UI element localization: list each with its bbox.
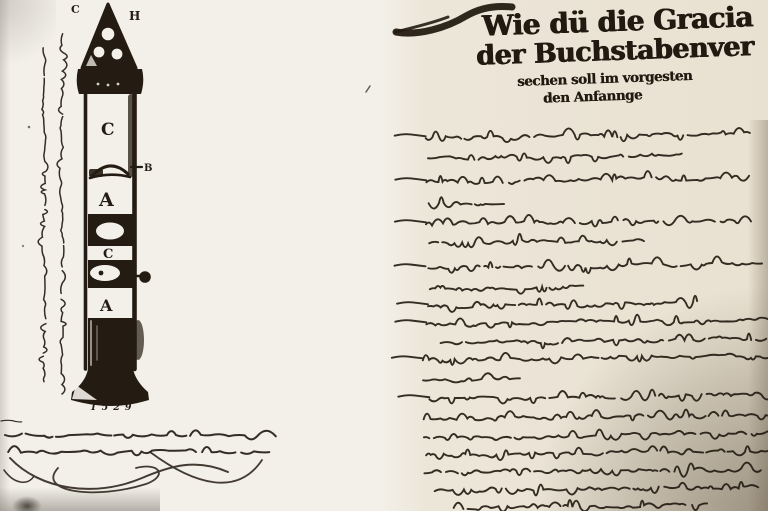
ink-dot [22, 245, 24, 247]
handwriting-line [423, 373, 520, 383]
handwriting-line [441, 333, 767, 349]
stage3-label: C [103, 247, 113, 262]
handwriting-line [428, 151, 682, 165]
handwriting-line [5, 430, 276, 439]
footer-flourishes [4, 452, 262, 492]
handwriting-line [395, 313, 768, 329]
handwriting-line [429, 232, 644, 248]
white-dome [96, 223, 124, 240]
handwriting-line [424, 462, 761, 480]
handwriting-line [398, 388, 768, 405]
handwriting-line [395, 212, 751, 229]
dark-zone-3 [88, 318, 134, 369]
heading: Wie dü die Gracia der Buchstabenver sech… [0, 0, 768, 130]
handwriting-line [395, 170, 749, 186]
handwriting-line [397, 296, 697, 313]
handwriting-line [454, 498, 708, 511]
handwriting-line [392, 349, 768, 365]
handwriting-line [424, 427, 768, 443]
stage4-label: A [99, 296, 113, 315]
handwriting-line [435, 482, 759, 497]
oval-dot [99, 271, 104, 276]
handwriting-line [8, 446, 269, 455]
stage2-label: A [98, 189, 114, 211]
white-oval [90, 265, 120, 281]
rocket-bell [71, 369, 149, 406]
rocket-date: 1529 [90, 402, 136, 413]
heading-line-4: den Anfannge [543, 87, 643, 106]
rocket-label-b: B [144, 163, 152, 174]
handwriting-line [1, 420, 22, 422]
handwriting-line [426, 445, 768, 462]
side-knob [139, 271, 151, 283]
handwriting-line [424, 408, 768, 425]
handwriting-line [394, 256, 762, 276]
manuscript-photo: C H B C A C [0, 0, 768, 511]
handwriting-line [430, 284, 584, 295]
dark-smear [132, 320, 144, 360]
right-page-handwriting [389, 126, 768, 511]
heading-line-3: sechen soll im vorgesten [517, 68, 693, 90]
handwriting-line [429, 196, 505, 208]
stage-divider-nub [89, 169, 103, 177]
